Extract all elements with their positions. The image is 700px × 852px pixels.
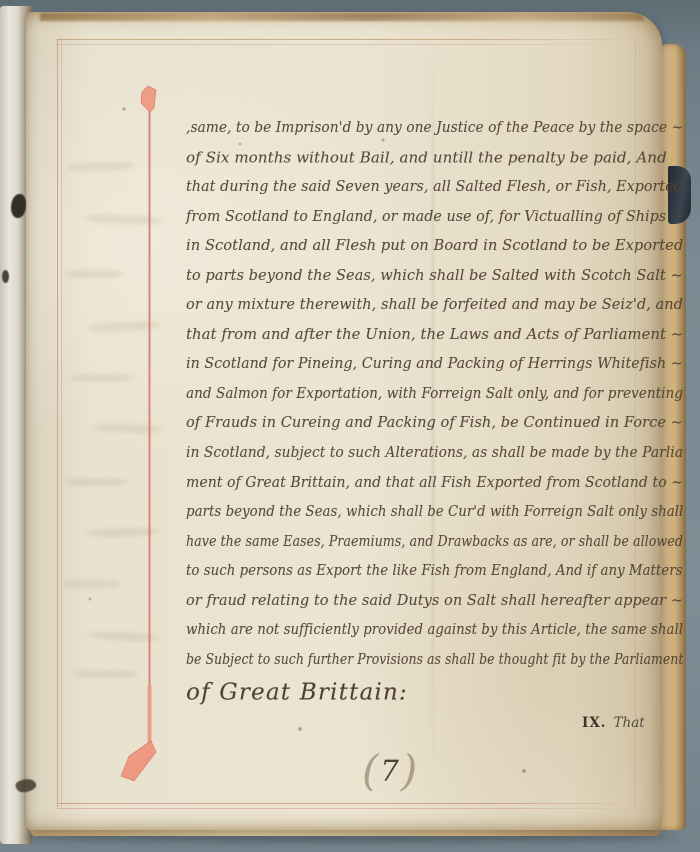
- manuscript-line: which are not sufficiently provided agai…: [186, 615, 624, 645]
- margin-ribbon: [110, 78, 180, 788]
- manuscript-line: parts beyond the Seas, which shall be Cu…: [186, 497, 625, 527]
- article-ix-marker: IX.That: [582, 712, 645, 731]
- manuscript-line: in Scotland, subject to such Alterations…: [186, 438, 640, 468]
- photo-background: ,same, to be Imprison'd by any one Justi…: [0, 0, 700, 852]
- manuscript-line: ment of Great Brittain, and that all Fis…: [186, 468, 649, 498]
- manuscript-text: ,same, to be Imprison'd by any one Justi…: [186, 113, 683, 710]
- manuscript-line: to parts beyond the Seas, which shall be…: [186, 261, 666, 291]
- page-number: ( 7 ): [362, 750, 417, 792]
- ink-blot: [2, 270, 9, 283]
- manuscript-line: of Six months without Bail, and untill t…: [186, 143, 683, 173]
- article-ix-numeral: IX.: [582, 715, 607, 731]
- manuscript-line: from Scotland to England, or made use of…: [186, 202, 656, 232]
- manuscript-line: in Scotland for Pineing, Curing and Pack…: [186, 349, 654, 379]
- ruled-margin-line-bottom: [57, 803, 637, 809]
- ruled-margin-line-left: [57, 39, 58, 807]
- manuscript-line: or fraud relating to the said Dutys on S…: [186, 586, 664, 616]
- page-number-digit: 7: [380, 757, 398, 786]
- manuscript-line: in Scotland, and all Flesh put on Board …: [186, 231, 669, 261]
- manuscript-line: or any mixture therewith, shall be forfe…: [186, 290, 664, 320]
- manuscript-line: of Frauds in Cureing and Packing of Fish…: [186, 408, 666, 438]
- manuscript-line: ,same, to be Imprison'd by any one Justi…: [186, 113, 639, 143]
- ruled-margin-line-top: [57, 39, 632, 45]
- manuscript-line: that during the said Seven years, all Sa…: [186, 172, 657, 202]
- manuscript-line: to such persons as Export the like Fish …: [186, 556, 624, 586]
- article-ix-catchword: That: [614, 715, 645, 731]
- manuscript-closing-line: of Great Brittain:: [186, 675, 683, 711]
- page-number-close-paren: ): [401, 750, 417, 792]
- page-number-open-paren: (: [362, 750, 378, 792]
- manuscript-line: have the same Eases, Praemiums, and Draw…: [186, 527, 602, 557]
- manuscript-line: be Subject to such further Provisions as…: [186, 645, 597, 675]
- ruled-margin-line-left-inner: [61, 39, 62, 807]
- page-top-edge-stain: [40, 13, 644, 21]
- manuscript-line: that from and after the Union, the Laws …: [186, 320, 675, 350]
- manuscript-line: and Salmon for Exportation, with Forreig…: [186, 379, 633, 409]
